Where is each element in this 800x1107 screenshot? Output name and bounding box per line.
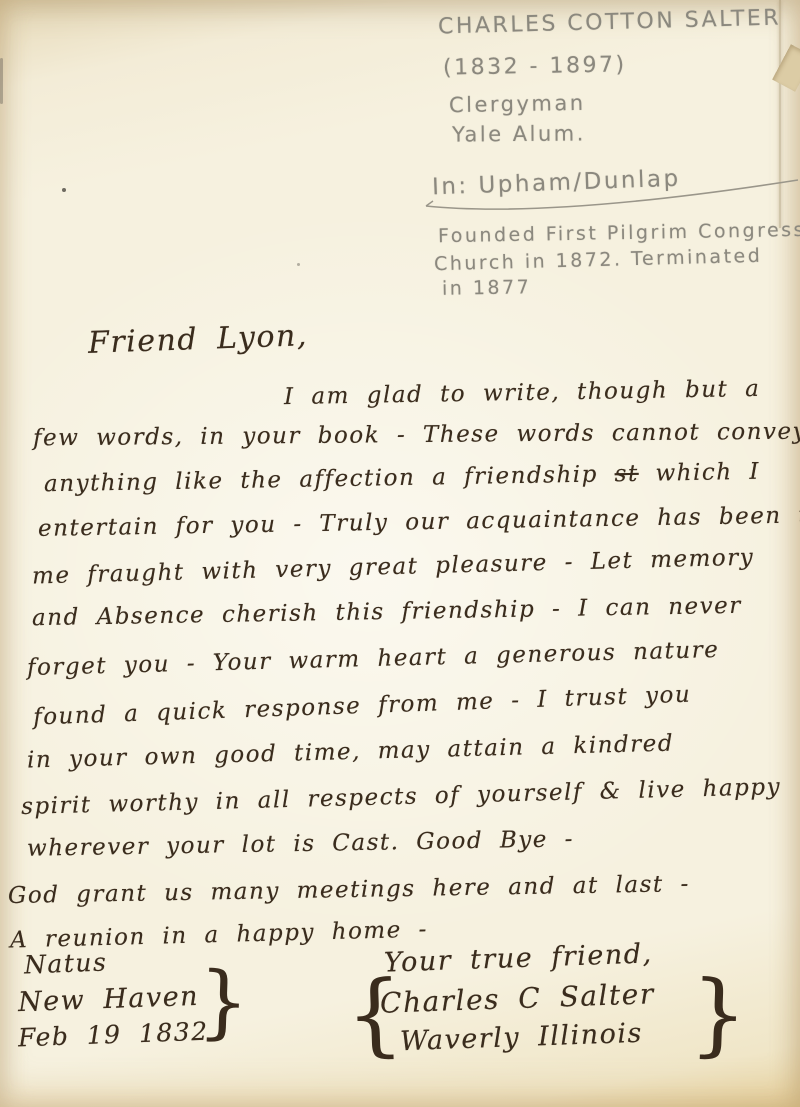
handwritten-letter-scan: CHARLES COTTON SALTER (1832 - 1897) Cler… xyxy=(0,0,800,1107)
letter-line: few words, in your book - These words ca… xyxy=(33,419,800,452)
paper-speck xyxy=(297,263,300,266)
dateline-place: New Haven xyxy=(18,981,200,1018)
dateline-date: Feb 19 1832 xyxy=(18,1017,210,1053)
pencil-underline-stroke xyxy=(424,168,800,224)
letter-line: in your own good time, may attain a kind… xyxy=(27,731,675,774)
paper-speck xyxy=(62,188,66,192)
annotation-name: CHARLES COTTON SALTER xyxy=(438,6,782,40)
closing-valediction: Your true friend, xyxy=(384,938,654,978)
annotation-education: Yale Alum. xyxy=(452,121,586,146)
annotation-note-line3: in 1877 xyxy=(442,276,532,300)
letter-line: forget you - Your warm heart a generous … xyxy=(27,637,720,681)
dateline-natus: Natus xyxy=(24,948,108,980)
letter-line: found a quick response from me - I trust… xyxy=(33,682,692,731)
letter-line-text: which I xyxy=(655,459,760,487)
letter-line: God grant us many meetings here and at l… xyxy=(8,871,690,909)
annotation-dates: (1832 - 1897) xyxy=(443,52,627,80)
paper-corner-notch xyxy=(772,44,800,92)
letter-line: and Absence cherish this friendship - I … xyxy=(32,593,742,631)
signature: Charles C Salter xyxy=(380,977,656,1020)
curly-brace-glyph: } xyxy=(197,961,251,1043)
letter-line: wherever your lot is Cast. Good Bye - xyxy=(27,826,574,862)
letter-line: I am glad to write, though but a xyxy=(284,376,761,410)
letter-line: spirit worthy in all respects of yoursel… xyxy=(21,774,782,820)
letter-line: entertain for you - Truly our acquaintan… xyxy=(38,502,800,542)
annotation-occupation: Clergyman xyxy=(449,91,586,117)
annotation-note-line2: Church in 1872. Terminated xyxy=(434,245,763,276)
letter-line: anything like the affection a friendship… xyxy=(44,459,760,497)
signature-location: Waverly Illinois xyxy=(400,1018,644,1057)
struck-out-word: st xyxy=(614,461,638,487)
paper-edge-mark xyxy=(0,58,3,104)
letter-line: me fraught with very great pleasure - Le… xyxy=(32,545,755,590)
curly-brace-glyph: { xyxy=(344,969,404,1061)
letter-salutation: Friend Lyon, xyxy=(87,318,308,361)
curly-brace-glyph: } xyxy=(688,969,748,1061)
letter-line-text: anything like the affection a friendship xyxy=(44,462,598,498)
